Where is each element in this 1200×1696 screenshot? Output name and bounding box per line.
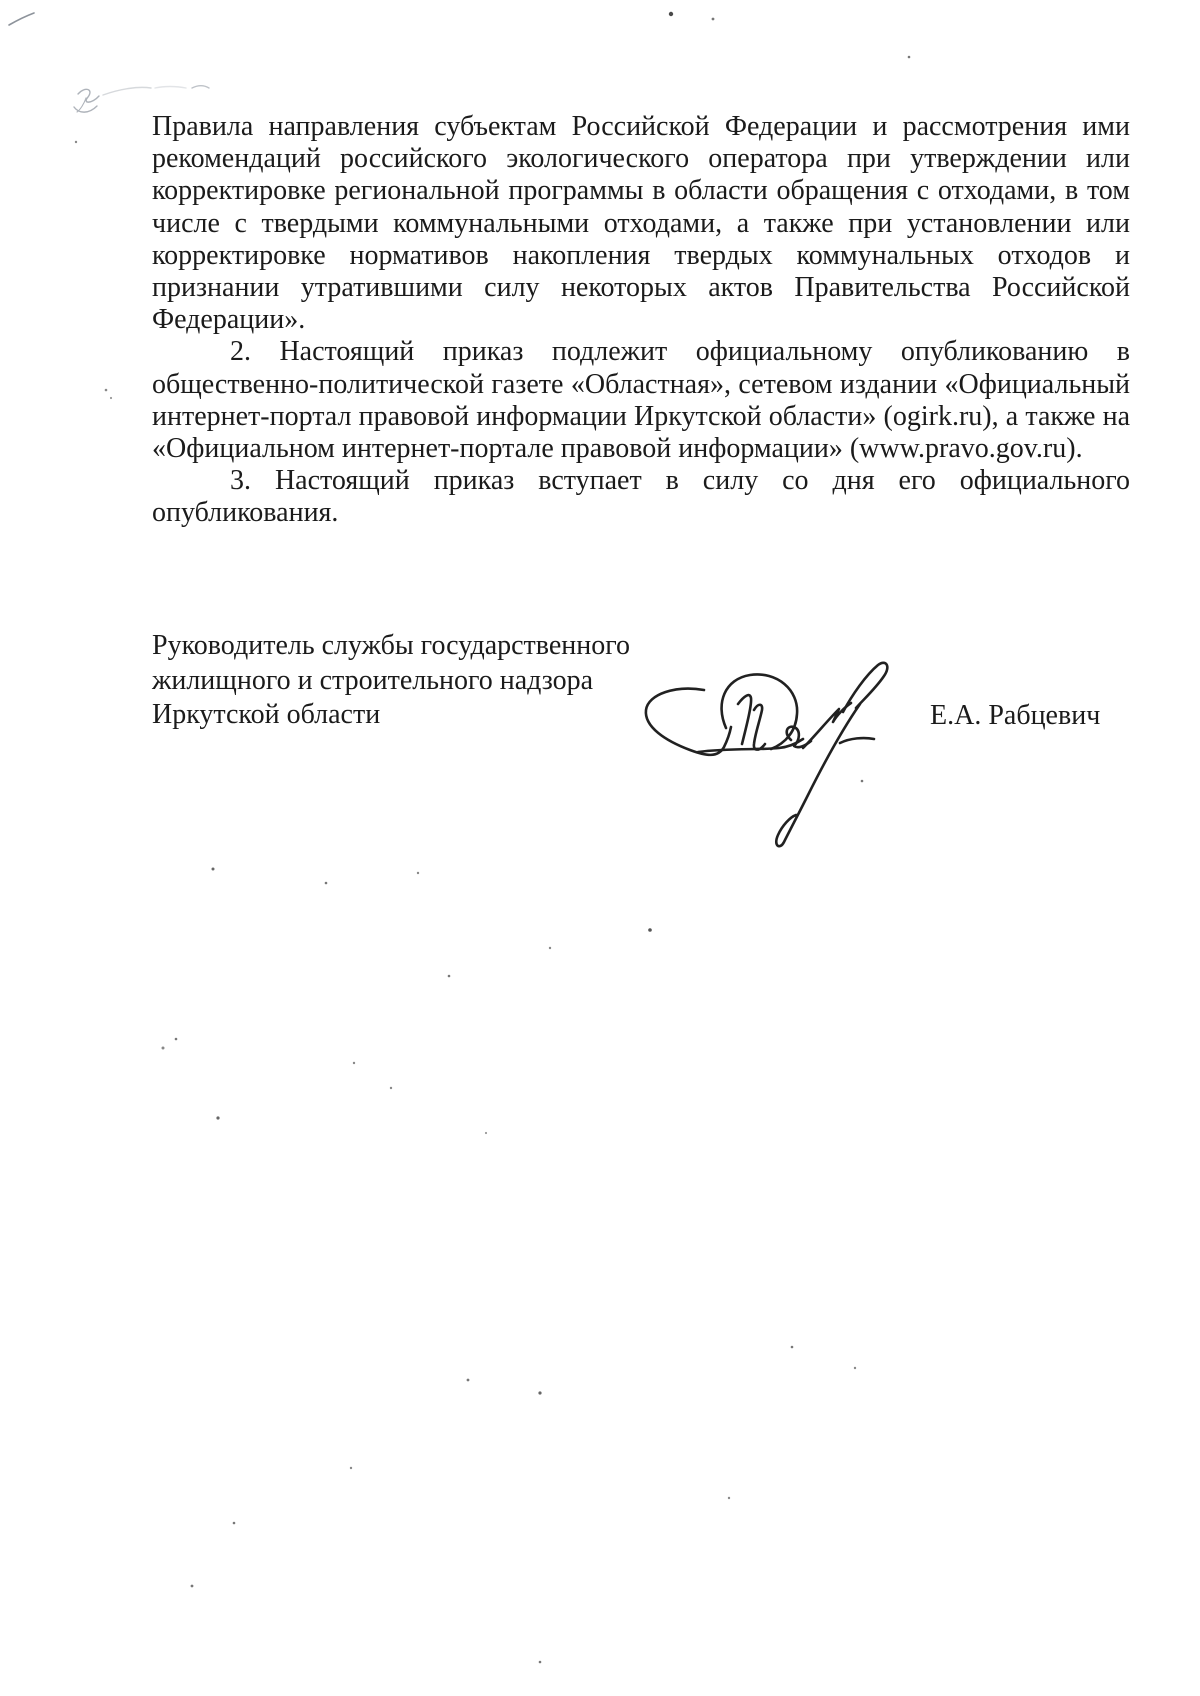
signature-block: Руководитель службы государственного жил… <box>152 629 630 733</box>
handwritten-signature-icon <box>638 600 890 852</box>
paragraph-item-2: 2. Настоящий приказ подлежит официальном… <box>152 336 1130 465</box>
pencil-slash-mark <box>9 13 34 25</box>
scanned-document-page: Правила направления субъектам Российской… <box>0 0 1200 1696</box>
signer-name: Е.А. Рабцевич <box>930 699 1100 733</box>
signer-title-line-1: Руководитель службы государственного <box>152 629 630 664</box>
signer-title-line-2: жилищного и строительного надзора <box>152 664 630 699</box>
paragraph-continuation: Правила направления субъектам Российской… <box>152 111 1130 336</box>
pencil-scribble-mark <box>74 86 209 112</box>
signer-title-line-3: Иркутской области <box>152 698 630 733</box>
order-text-block: Правила направления субъектам Российской… <box>152 111 1130 530</box>
paragraph-item-3: 3. Настоящий приказ вступает в силу со д… <box>152 465 1130 529</box>
